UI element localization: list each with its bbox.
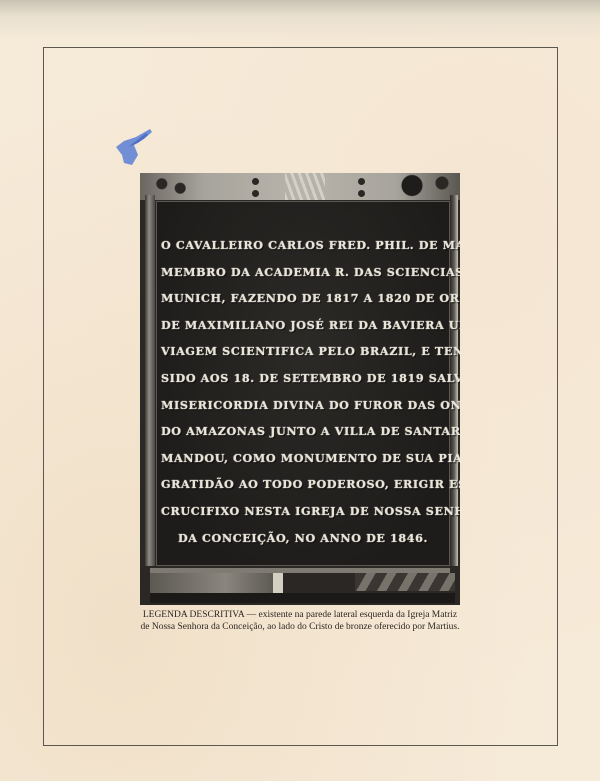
flower-ornament-icon <box>148 175 194 197</box>
inscription-line: DA CONCEIÇÃO, NO ANNO DE 1846. <box>161 525 445 552</box>
blue-ink-mark-icon <box>114 127 154 169</box>
inscription-line: GRATIDÃO AO TODO PODEROSO, ERIGIR ESTE <box>161 471 445 498</box>
page-top-shadow <box>0 0 600 40</box>
fan-ornament-icon <box>285 173 325 200</box>
base-shadow <box>150 593 455 603</box>
flower-ornament-icon <box>394 173 454 198</box>
inscription-line: DE MAXIMILIANO JOSÉ REI DA BAVIERA UMA <box>161 312 445 339</box>
inscription-line: SIDO AOS 18. DE SETEMBRO DE 1819 SALVO P… <box>161 365 445 392</box>
plaque-frame-left <box>145 195 155 575</box>
photo-caption: LEGENDA DESCRITIVA — existente na parede… <box>140 609 460 633</box>
ornament-dot <box>358 190 365 197</box>
inscription-line: O CAVALLEIRO CARLOS FRED. PHIL. DE MARTI… <box>161 232 445 259</box>
plaque-frame-right <box>450 195 458 575</box>
memorial-plaque: O CAVALLEIRO CARLOS FRED. PHIL. DE MARTI… <box>156 201 450 566</box>
caption-lead: LEGENDA DESCRITIVA <box>143 610 244 620</box>
ornament-dot <box>358 178 365 185</box>
decorative-tile-band <box>140 173 460 200</box>
inscription-line: MUNICH, FAZENDO DE 1817 A 1820 DE ORDEM <box>161 285 445 312</box>
inscription-line: MISERICORDIA DIVINA DO FUROR DAS ONDAS <box>161 392 445 419</box>
marble-block-left <box>150 573 275 593</box>
plaque-photograph: O CAVALLEIRO CARLOS FRED. PHIL. DE MARTI… <box>140 173 460 605</box>
inscription-line: CRUCIFIXO NESTA IGREJA DE NOSSA SENHORA <box>161 498 445 525</box>
ornament-dot <box>252 178 259 185</box>
ornament-dot <box>252 190 259 197</box>
inscription-line: MEMBRO DA ACADEMIA R. DAS SCIENCIAS DE <box>161 259 445 286</box>
inscription-line: MANDOU, COMO MONUMENTO DE SUA PIA <box>161 445 445 472</box>
marble-block-right <box>355 573 455 591</box>
inscription-line: VIAGEM SCIENTIFICA PELO BRAZIL, E TENDO <box>161 338 445 365</box>
plaque-inscription: O CAVALLEIRO CARLOS FRED. PHIL. DE MARTI… <box>161 232 445 551</box>
inscription-line: DO AMAZONAS JUNTO A VILLA DE SANTAREM, <box>161 418 445 445</box>
